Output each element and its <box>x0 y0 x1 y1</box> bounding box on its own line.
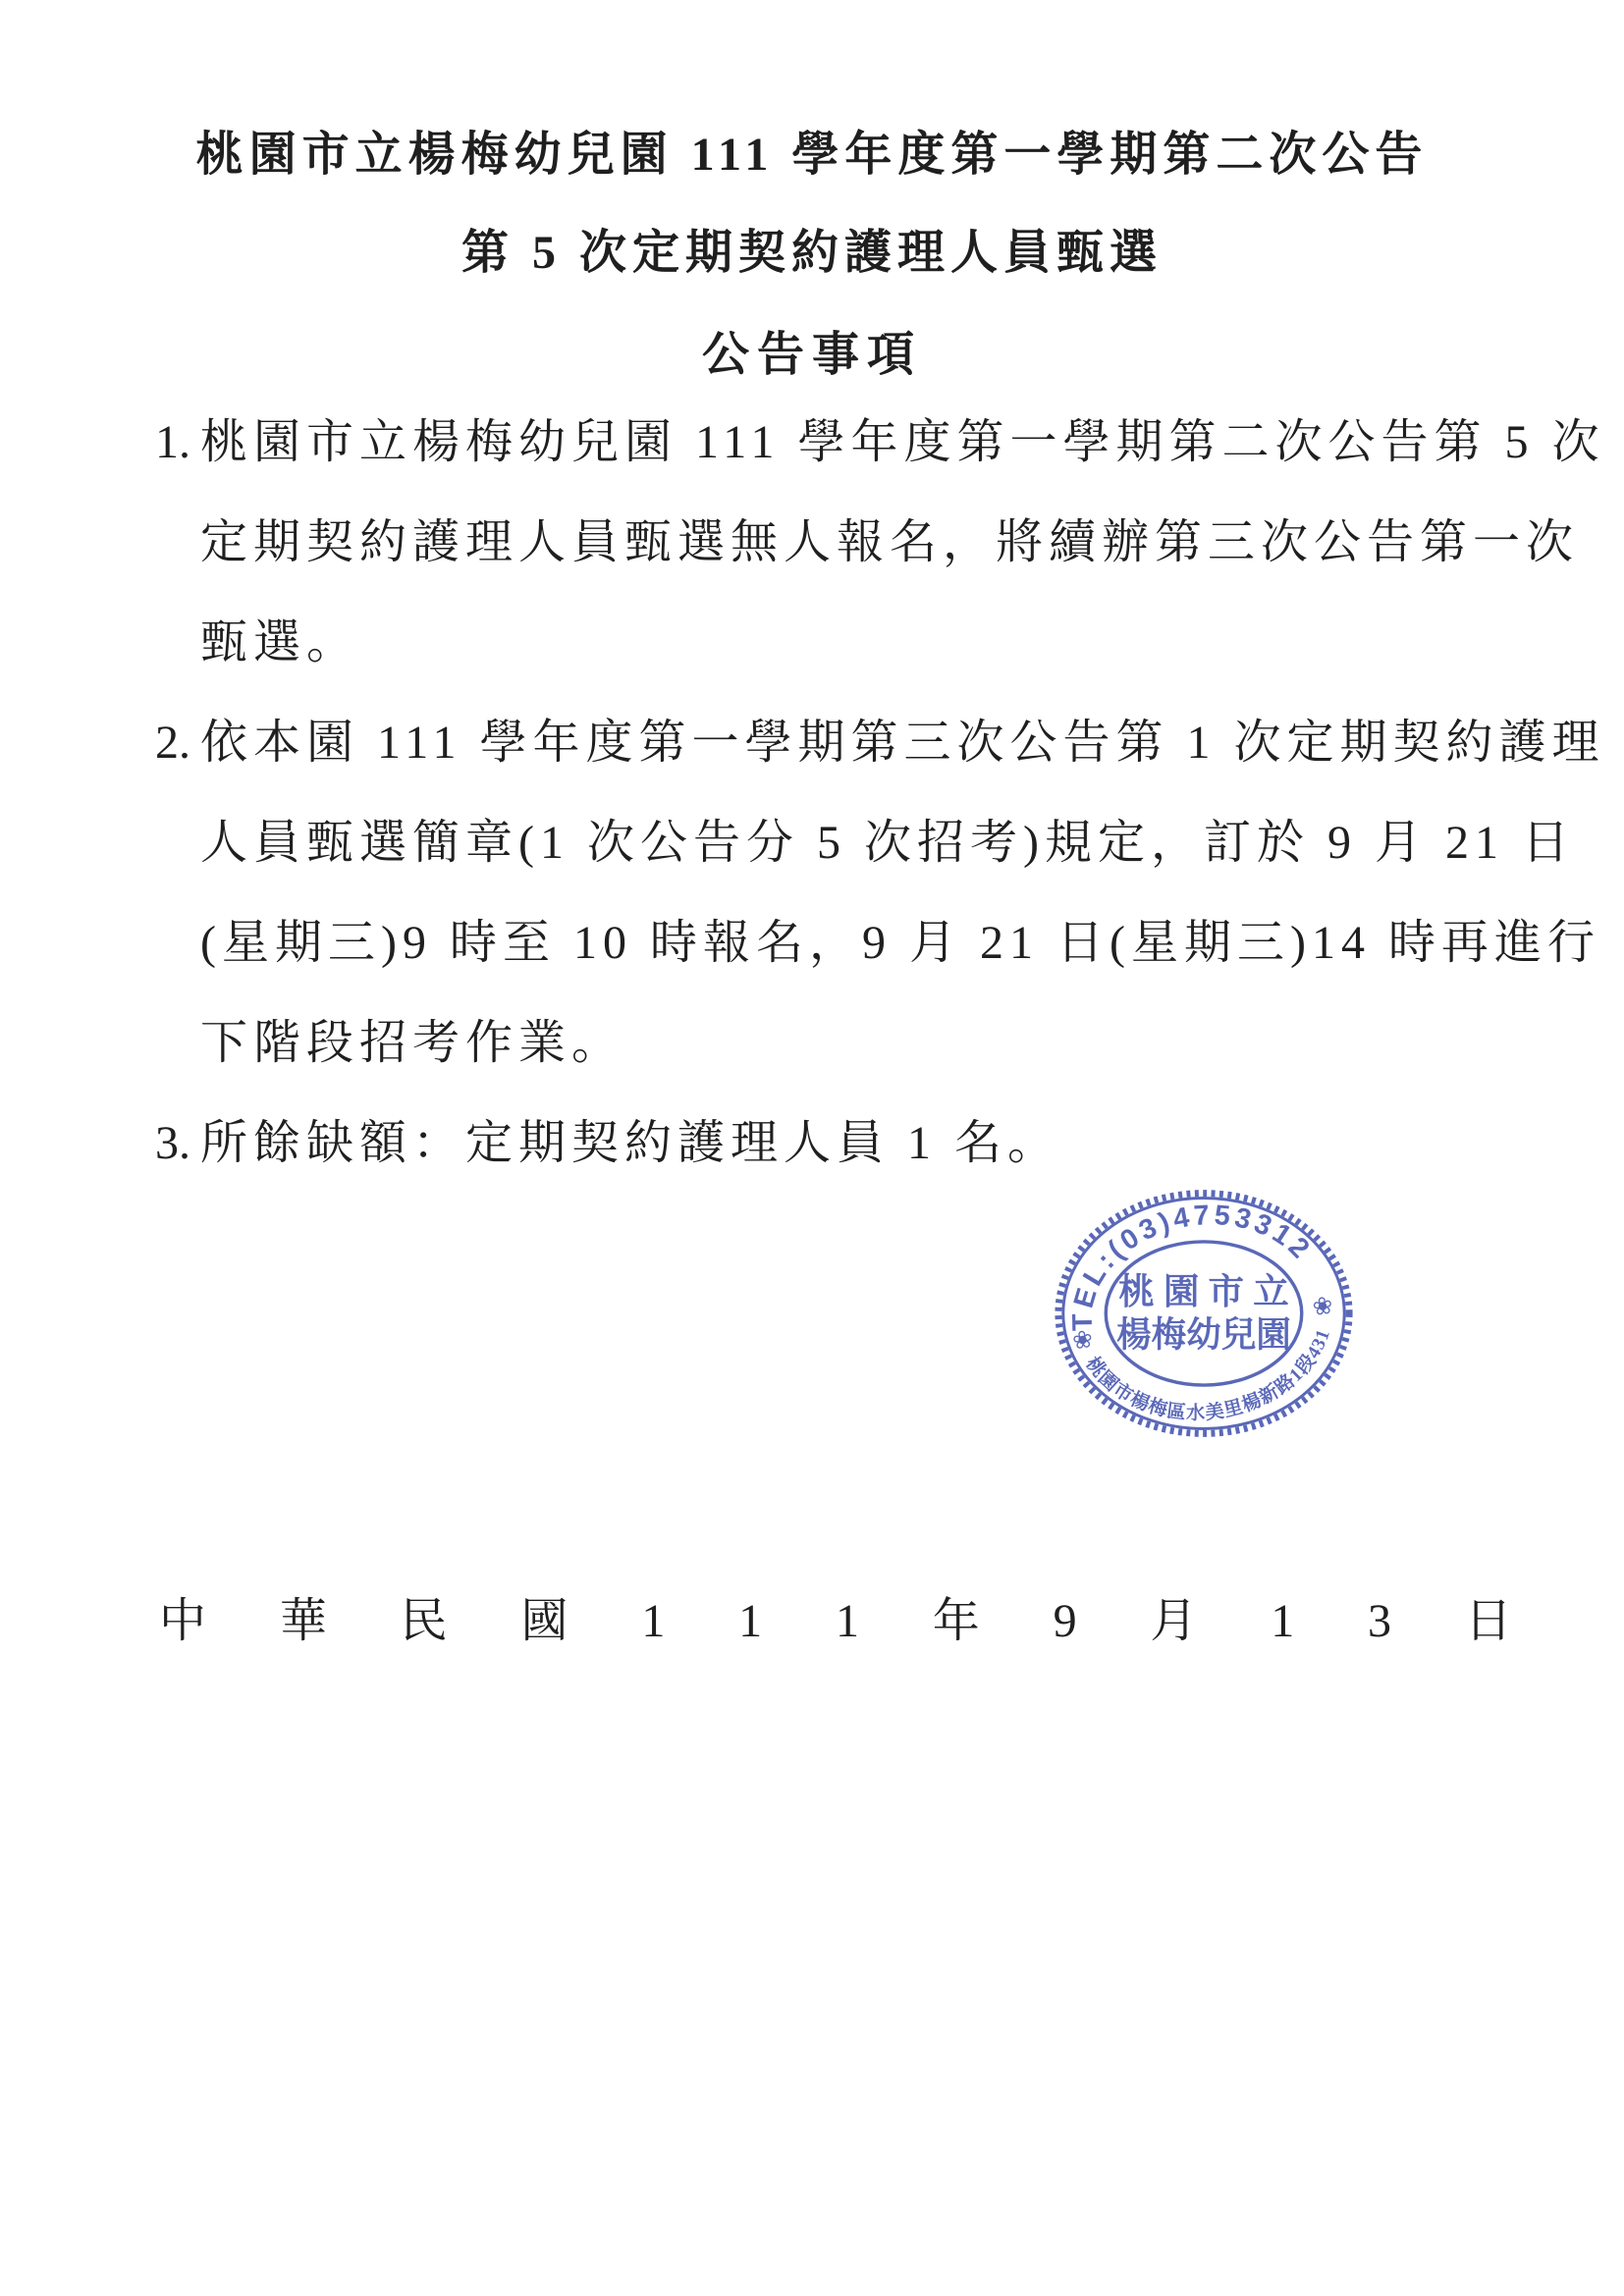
item-number: 3. <box>155 1094 200 1194</box>
announcement-document: 桃園市立楊梅幼兒園 111 學年度第一學期第二次公告 第 5 次定期契約護理人員… <box>0 0 1624 2296</box>
date-token: 3 <box>1368 1592 1391 1651</box>
date-token: 9 <box>1054 1592 1077 1651</box>
date-token: 國 <box>520 1592 568 1651</box>
date-token: 民 <box>401 1592 448 1651</box>
announcement-list: 1.桃園市立楊梅幼兒園 111 學年度第一學期第二次公告第 5 次 定期契約護理… <box>155 393 1565 1194</box>
plum-blossom-icon: ❀ <box>1311 1293 1334 1322</box>
section-heading: 公告事項 <box>0 316 1624 384</box>
document-title-line1: 桃園市立楊梅幼兒園 111 學年度第一學期第二次公告 <box>0 116 1624 184</box>
date-token: 華 <box>280 1592 327 1651</box>
date-token: 1 <box>1271 1592 1294 1651</box>
item-text: 依本園 111 學年度第一學期第三次公告第 1 次定期契約護理 <box>200 717 1604 769</box>
item-line: 下階段招考作業。 <box>155 993 1565 1094</box>
official-stamp: TEL:(03)4753312 桃園市楊梅區水美里楊新路1段431號 ❀ ❀ 桃… <box>1049 1182 1359 1445</box>
item-number: 2. <box>155 693 200 793</box>
stamp-graphic: TEL:(03)4753312 桃園市楊梅區水美里楊新路1段431號 ❀ ❀ 桃… <box>1049 1182 1359 1445</box>
list-item: 3.所餘缺額：定期契約護理人員 1 名。 <box>155 1094 1565 1194</box>
item-text: 桃園市立楊梅幼兒園 111 學年度第一學期第二次公告第 5 次 <box>200 416 1604 468</box>
date-token: 1 <box>836 1592 859 1651</box>
date-token: 月 <box>1150 1592 1197 1651</box>
item-line: 定期契約護理人員甄選無人報名，將續辦第三次公告第一次 <box>155 493 1565 593</box>
item-line: 1.桃園市立楊梅幼兒園 111 學年度第一學期第二次公告第 5 次 <box>155 393 1565 493</box>
item-line: 3.所餘缺額：定期契約護理人員 1 名。 <box>155 1094 1565 1194</box>
document-title-line2: 第 5 次定期契約護理人員甄選 <box>0 214 1624 282</box>
list-item: 1.桃園市立楊梅幼兒園 111 學年度第一學期第二次公告第 5 次 定期契約護理… <box>155 393 1565 693</box>
stamp-phone-arc: TEL:(03)4753312 <box>1052 1184 1326 1335</box>
date-token: 日 <box>1465 1592 1512 1651</box>
plum-blossom-icon: ❀ <box>1071 1326 1095 1356</box>
stamp-inner-ring <box>1106 1242 1301 1385</box>
item-line: 甄選。 <box>155 593 1565 693</box>
date-token: 1 <box>738 1592 762 1651</box>
date-line: 中 華 民 國 1 1 1 年 9 月 1 3 日 <box>159 1592 1512 1651</box>
date-token: 1 <box>641 1592 665 1651</box>
date-token: 年 <box>933 1592 980 1651</box>
date-token: 中 <box>159 1592 206 1651</box>
item-line: (星期三)9 時至 10 時報名，9 月 21 日(星期三)14 時再進行 <box>155 893 1565 993</box>
stamp-org-line1: 桃 園 市 立 <box>1118 1271 1288 1311</box>
item-number: 1. <box>155 393 200 493</box>
list-item: 2.依本園 111 學年度第一學期第三次公告第 1 次定期契約護理 人員甄選簡章… <box>155 693 1565 1094</box>
item-text: 所餘缺額：定期契約護理人員 1 名。 <box>200 1117 1060 1169</box>
stamp-org-line2: 楊梅幼兒園 <box>1116 1315 1291 1355</box>
item-line: 人員甄選簡章(1 次公告分 5 次招考)規定，訂於 9 月 21 日 <box>155 793 1565 893</box>
item-line: 2.依本園 111 學年度第一學期第三次公告第 1 次定期契約護理 <box>155 693 1565 793</box>
